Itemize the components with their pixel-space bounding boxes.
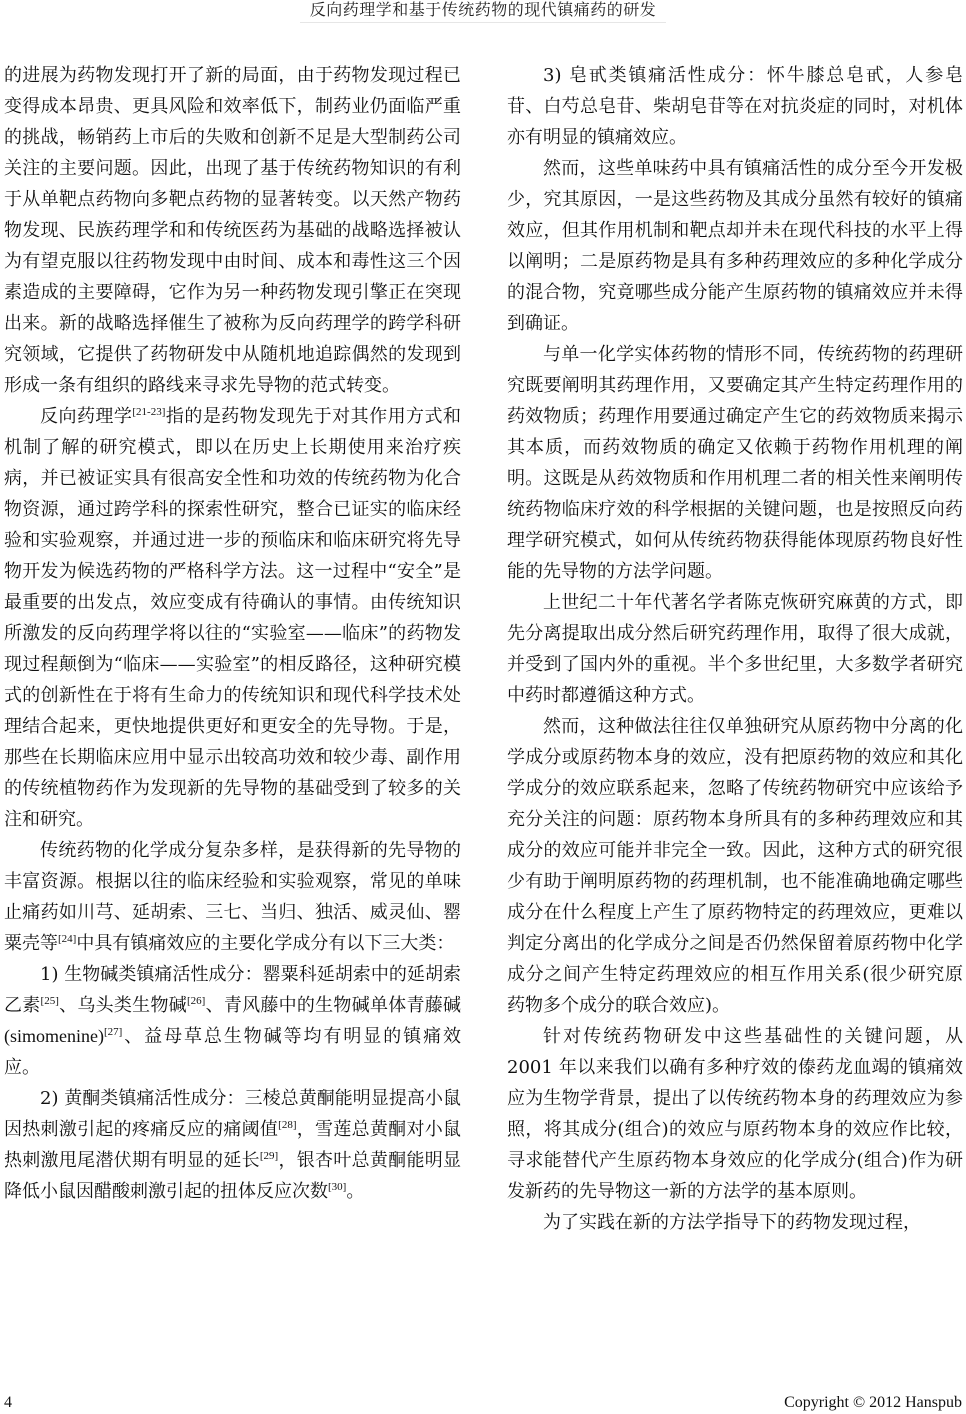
citation: [29] (260, 1150, 278, 1162)
text-span: 、青风藤中的生物碱单体青藤碱 (205, 995, 461, 1016)
copyright-notice: Copyright © 2012 Hanspub (784, 1393, 962, 1413)
right-column: 3) 皂甙类镇痛活性成分：怀牛膝总皂甙，人参皂苷、白芍总皂苷、柴胡皂苷等在对抗炎… (507, 60, 963, 1238)
paragraph: 然而，这种做法往往仅单独研究从原药物中分离的化学成分或原药物本身的效应，没有把原… (507, 711, 963, 1021)
paragraph: 然而，这些单味药中具有镇痛活性的成分至今开发极少，究其原因，一是这些药物及其成分… (507, 153, 963, 339)
text-span: 中具有镇痛效应的主要化学成分有以下三大类： (76, 933, 454, 954)
page-number: 4 (4, 1393, 12, 1413)
citation: [25] (41, 995, 59, 1007)
citation: [30] (328, 1181, 346, 1193)
list-item-flavonoids: 2) 黄酮类镇痛活性成分：三棱总黄酮能明显提高小鼠因热刺激引起的疼痛反应的痛阈值… (4, 1083, 461, 1207)
paragraph: 针对传统药物研发中这些基础性的关键问题，从2001 年以来我们以确有多种疗效的傣… (507, 1021, 963, 1207)
left-column: 的进展为药物发现打开了新的局面，由于药物发现过程已变得成本昂贵、更具风险和效率低… (4, 60, 461, 1207)
citation: [24] (58, 933, 76, 945)
citation: [28] (278, 1119, 296, 1131)
citation: [21-23] (132, 406, 165, 418)
paragraph: 为了实践在新的方法学指导下的药物发现过程， (507, 1207, 963, 1238)
paragraph: 与单一化学实体药物的情形不同，传统药物的药理研究既要阐明其药理作用，又要确定其产… (507, 339, 963, 587)
text-span: 。 (346, 1181, 364, 1202)
text-span: 、乌头类生物碱 (59, 995, 187, 1016)
paragraph: 上世纪二十年代著名学者陈克恢研究麻黄的方式，即先分离提取出成分然后研究药理作用，… (507, 587, 963, 711)
text-span: 指的是药物发现先于对其作用方式和机制了解的研究模式，即以在历史上长期使用来治疗疾… (4, 406, 461, 830)
paragraph: 反向药理学[21-23]指的是药物发现先于对其作用方式和机制了解的研究模式，即以… (4, 401, 461, 835)
text-span: 反向药理学 (40, 406, 132, 427)
citation: [26] (187, 995, 205, 1007)
list-item-saponins: 3) 皂甙类镇痛活性成分：怀牛膝总皂甙，人参皂苷、白芍总皂苷、柴胡皂苷等在对抗炎… (507, 60, 963, 153)
latin-term: (simomenine) (4, 1026, 104, 1046)
paragraph: 传统药物的化学成分复杂多样，是获得新的先导物的丰富资源。根据以往的临床经验和实验… (4, 835, 461, 959)
page-footer: 4 Copyright © 2012 Hanspub (0, 1393, 966, 1413)
list-item-alkaloids: 1) 生物碱类镇痛活性成分：罂粟科延胡索中的延胡索乙素[25]、乌头类生物碱[2… (4, 959, 461, 1083)
citation: [27] (104, 1026, 122, 1038)
running-header: 反向药理学和基于传统药物的现代镇痛药的研发 (0, 0, 966, 22)
paragraph: 的进展为药物发现打开了新的局面，由于药物发现过程已变得成本昂贵、更具风险和效率低… (4, 60, 461, 401)
header-divider (300, 22, 666, 23)
